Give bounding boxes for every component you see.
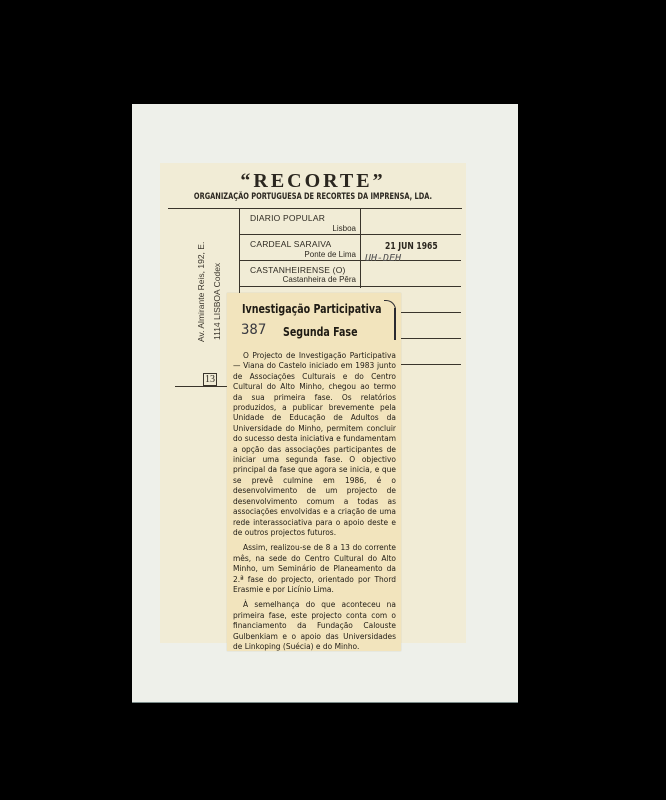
header-rule [168, 208, 462, 209]
publication-name: DIARIO POPULAR [250, 213, 325, 223]
article-paragraph: Assim, realizou-se de 8 a 13 do corrente… [233, 542, 396, 594]
handwritten-bracket-tail-icon [394, 308, 396, 340]
agency-address-city: 1114 LISBOA Codex [212, 263, 222, 340]
row-rule-4 [395, 312, 461, 313]
page-number-box: 13 [203, 373, 217, 386]
publication-place: Lisboa [290, 224, 356, 233]
page-rule [175, 386, 227, 387]
publication-name: CARDEAL SARAIVA [250, 239, 331, 249]
clipping-headline: Ivnestigação Participativa [242, 302, 382, 316]
handwritten-clip-number: 387 [241, 322, 266, 338]
publication-name: CASTANHEIRENSE (O) [250, 265, 346, 275]
row-rule-5 [395, 338, 461, 339]
agency-name: “RECORTE” [160, 170, 466, 193]
agency-address: Av. Almirante Reis, 192, E. [196, 242, 206, 342]
clipping-subheadline: Segunda Fase [283, 325, 358, 339]
row-rule-2 [239, 260, 461, 261]
publication-box-left [239, 208, 240, 294]
row-rule-6 [395, 364, 461, 365]
row-rule-3 [239, 286, 461, 287]
publication-box-right [360, 208, 361, 288]
article-body: O Projecto de Investigação Participativa… [233, 350, 396, 656]
publication-place: Ponte de Lima [276, 250, 356, 259]
article-paragraph: O Projecto de Investigação Participativa… [233, 350, 396, 537]
publication-place: Castanheira de Pêra [256, 275, 356, 284]
handwritten-note: UH-DEH [365, 253, 401, 264]
agency-full-name: ORGANIZAÇÃO PORTUGUESA DE RECORTES DA IM… [188, 192, 439, 202]
date-stamp: 21 JUN 1965 [385, 241, 438, 252]
row-rule-1 [239, 234, 461, 235]
article-paragraph: À semelhança do que aconteceu na primeir… [233, 599, 396, 651]
